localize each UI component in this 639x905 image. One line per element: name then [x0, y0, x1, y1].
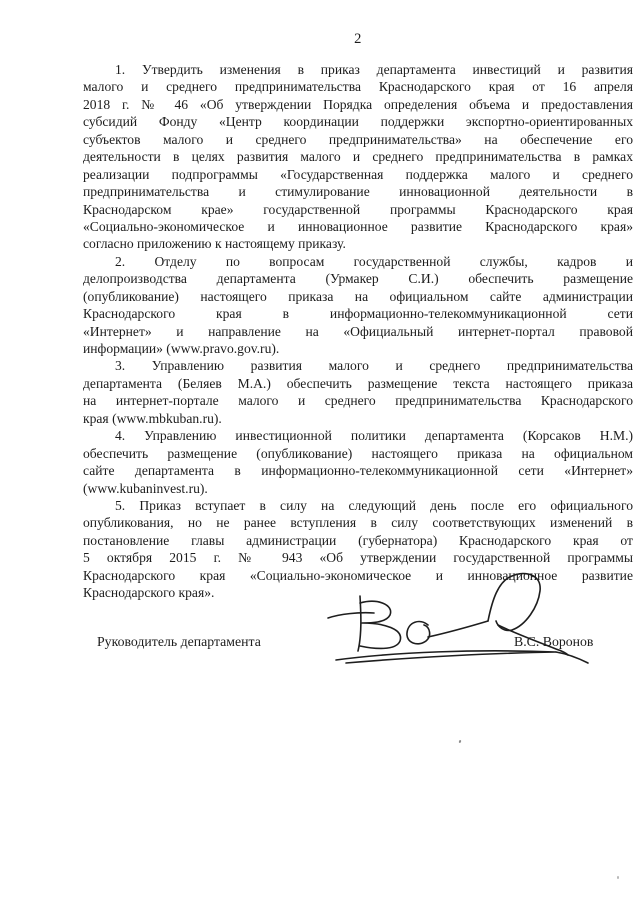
text-line-p2-l2: делопроизводства департамента (Урмакер С…: [83, 270, 633, 287]
text-line-p3-l3: на интернет-портале малого и среднего пр…: [83, 392, 633, 409]
text-line-p5-l3: постановление главы администрации (губер…: [83, 532, 633, 549]
text-line-p5-l2: опубликования, но не ранее вступления в …: [83, 514, 633, 531]
text-line-p1-l11: согласно приложению к настоящему приказу…: [83, 235, 633, 252]
text-line-p1-l7: реализации подпрограммы «Государственная…: [83, 166, 633, 183]
text-line-p1-l10: «Социально-экономическое и инновационное…: [83, 218, 633, 235]
text-line-p1-l5: субъектов малого и среднего предпринимат…: [83, 131, 633, 148]
page-number: 2: [83, 31, 633, 48]
signature-icon: [316, 572, 596, 670]
text-line-p1-l9: Краснодарском крае» государственной прог…: [83, 201, 633, 218]
text-line-p5-l1: 5. Приказ вступает в силу на следующий д…: [83, 497, 633, 514]
text-line-p3-l2: департамента (Беляев М.А.) обеспечить ра…: [83, 375, 633, 392]
signer-position-label: Руководитель департамента: [97, 633, 261, 651]
text-line-p5-l4: 5 октября 2015 г. № 943 «Об утверждении …: [83, 549, 633, 566]
text-line-p4-l3: сайте департамента в информационно-телек…: [83, 462, 633, 479]
text-line-p4-l2: обеспечить размещение (опубликование) на…: [83, 445, 633, 462]
text-line-p1-l8: предпринимательства и стимулирование инн…: [83, 183, 633, 200]
text-line-p3-l1: 3. Управлению развития малого и среднего…: [83, 357, 633, 374]
signer-name: В.С. Воронов: [514, 633, 593, 651]
text-line-p1-l6: деятельности в целях развития малого и с…: [83, 148, 633, 165]
text-line-p4-l1: 4. Управлению инвестиционной политики де…: [83, 427, 633, 444]
text-line-p4-l4: (www.kubaninvest.ru).: [83, 480, 633, 497]
text-line-p3-l4: края (www.mbkuban.ru).: [83, 410, 633, 427]
scan-speck: [459, 740, 462, 744]
document-body: 1. Утвердить изменения в приказ департам…: [83, 61, 633, 602]
handwritten-signature: [316, 572, 596, 670]
scan-speck: [617, 876, 619, 879]
text-line-p2-l4: Краснодарского края в информационно-теле…: [83, 305, 633, 322]
text-line-p2-l6: информации» (www.pravo.gov.ru).: [83, 340, 633, 357]
text-line-p1-l1: 1. Утвердить изменения в приказ департам…: [83, 61, 633, 78]
text-line-p1-l3: 2018 г. № 46 «Об утверждении Порядка опр…: [83, 96, 633, 113]
text-line-p1-l2: малого и среднего предпринимательства Кр…: [83, 78, 633, 95]
text-line-p2-l3: (опубликование) настоящего приказа на оф…: [83, 288, 633, 305]
text-line-p2-l5: «Интернет» и направление на «Официальный…: [83, 323, 633, 340]
text-line-p2-l1: 2. Отделу по вопросам государственной сл…: [83, 253, 633, 270]
text-line-p1-l4: субсидий Фонду «Центр координации поддер…: [83, 113, 633, 130]
document-page: 2 1. Утвердить изменения в приказ департ…: [0, 0, 639, 905]
